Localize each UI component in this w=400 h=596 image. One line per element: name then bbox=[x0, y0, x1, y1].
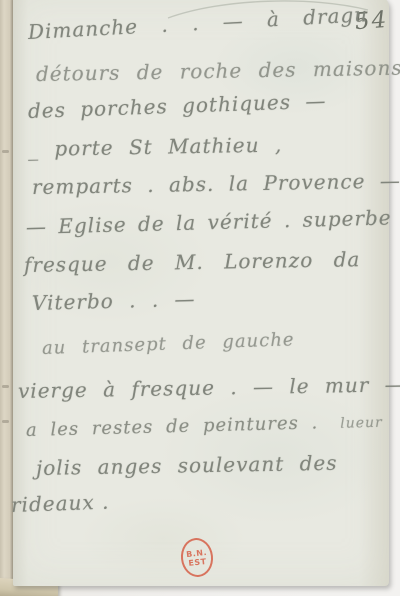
manuscript-line-text: a les restes de peintures . bbox=[26, 412, 319, 441]
manuscript-line-text: jolis anges soulevant des bbox=[36, 451, 338, 480]
manuscript-line: rideaux . bbox=[11, 490, 110, 517]
manuscript-line: au transept de gauche bbox=[42, 329, 295, 359]
scanned-notebook-page: 54 Dimanche . . — à dragu détours de roc… bbox=[0, 0, 400, 596]
manuscript-line-text: vierge à fresque . — le mur — bbox=[18, 372, 400, 403]
manuscript-line-text: — Eglise de la vérité . superbe bbox=[26, 205, 392, 239]
manuscript-line: vierge à fresque . — le mur — bbox=[18, 372, 400, 403]
manuscript-line: remparts . abs. la Provence — bbox=[32, 169, 400, 199]
binding-nick bbox=[2, 150, 9, 153]
manuscript-line: a les restes de peintures .lueur bbox=[26, 411, 383, 441]
manuscript-line-text: fresque de M. Lorenzo da bbox=[24, 247, 361, 277]
manuscript-line: jolis anges soulevant des bbox=[36, 451, 338, 480]
manuscript-line-text: détours de roche des maisons bbox=[36, 56, 400, 86]
manuscript-line-text: au transept de gauche bbox=[42, 329, 295, 359]
manuscript-line-text: remparts . abs. la Provence — bbox=[32, 169, 400, 199]
manuscript-line-text: _ porte St Mathieu , bbox=[28, 133, 283, 161]
manuscript-line-text: Viterbo . . — bbox=[32, 287, 196, 315]
manuscript-line-trail: lueur bbox=[340, 415, 383, 432]
manuscript-line-text: rideaux . bbox=[11, 490, 110, 517]
binding-nick bbox=[2, 420, 9, 423]
binding-nick bbox=[2, 385, 9, 388]
notebook-page: 54 Dimanche . . — à dragu détours de roc… bbox=[13, 0, 389, 586]
manuscript-line: — Eglise de la vérité . superbe bbox=[26, 205, 392, 239]
manuscript-line: _ porte St Mathieu , bbox=[28, 133, 283, 161]
manuscript-line: des porches gothiques — bbox=[28, 89, 327, 123]
manuscript-line: fresque de M. Lorenzo da bbox=[24, 247, 361, 277]
manuscript-line-text: des porches gothiques — bbox=[28, 89, 327, 123]
bnf-library-stamp: B.N. EST bbox=[179, 536, 215, 578]
manuscript-line: Viterbo . . — bbox=[32, 287, 196, 315]
manuscript-line: détours de roche des maisons bbox=[36, 56, 400, 86]
stamp-text-bottom: EST bbox=[188, 557, 207, 568]
